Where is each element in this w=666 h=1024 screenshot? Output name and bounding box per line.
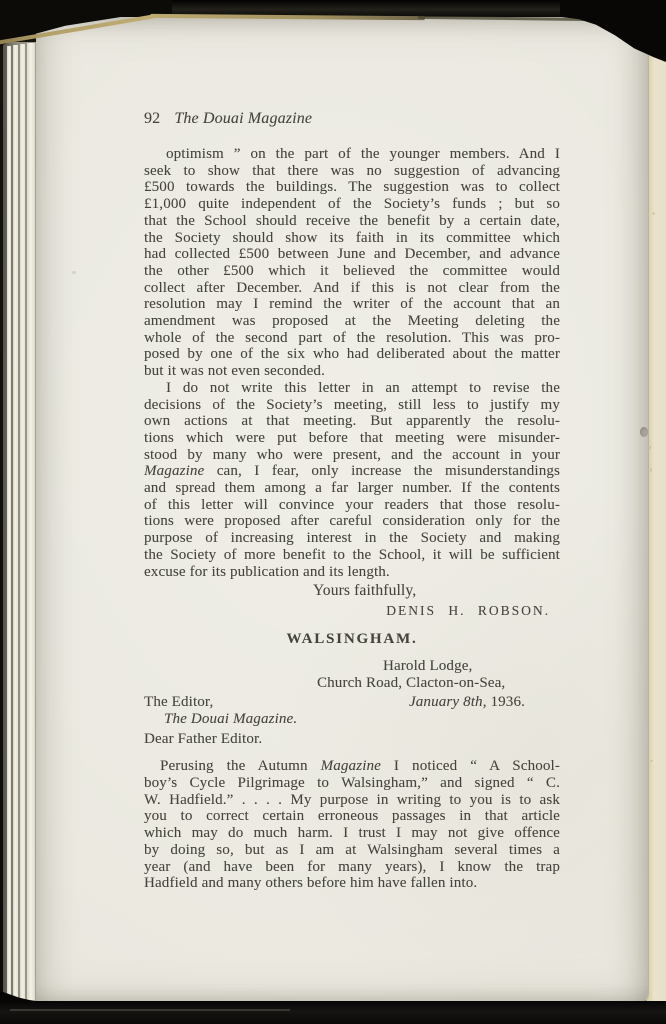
page-edge — [13, 45, 18, 998]
text-line: purpose of increasing interest in the So… — [144, 530, 560, 547]
text-line: excuse for its publication and its lengt… — [144, 564, 560, 581]
letter-paragraph: optimism ” on the part of the younger me… — [144, 146, 560, 380]
sender-address-line: Church Road, Clacton-on-Sea, — [144, 675, 560, 692]
cover-highlight — [10, 1009, 290, 1011]
text-line: amendment was proposed at the Meeting de… — [144, 313, 560, 330]
salutation: Dear Father Editor. — [144, 731, 560, 748]
section-heading: WALSINGHAM. — [144, 631, 560, 648]
paper-blemish — [640, 427, 648, 437]
text-line: of this letter will convince your reader… — [144, 497, 560, 514]
text-line: whole of the second part of the resoluti… — [144, 330, 560, 347]
letter-date: January 8th, 1936. — [409, 694, 560, 711]
book-scan: 92The Douai Magazine optimism ” on the p… — [0, 0, 666, 1024]
text-line: tions were proposed after careful consid… — [144, 513, 560, 530]
text-line: resolution may I remind the writer of th… — [144, 296, 560, 313]
letter-signature: DENIS H. ROBSON. — [144, 603, 560, 620]
text-line: the Society of more benefit to the Schoo… — [144, 547, 560, 564]
paper-blemish — [650, 760, 653, 762]
text-line: own actions at that meeting. But apparen… — [144, 413, 560, 430]
book-cover-bottom-border — [0, 1001, 666, 1024]
recipient: The Editor, — [144, 694, 213, 711]
text-line: which may do much harm. I trust I may no… — [144, 825, 560, 842]
text-line: the Society should show its faith in its… — [144, 230, 560, 247]
text-line: W. Hadfield.” . . . . My purpose in writ… — [144, 792, 560, 809]
text-line: I do not write this letter in an attempt… — [144, 380, 560, 397]
text-line: posed by one of the six who had delibera… — [144, 346, 560, 363]
paper-blemish — [652, 212, 655, 215]
book-page: 92The Douai Magazine optimism ” on the p… — [36, 17, 649, 1003]
text-line: decisions of the Society’s meeting, stil… — [144, 397, 560, 414]
text-line: optimism ” on the part of the younger me… — [144, 146, 560, 163]
letter-paragraph: I do not write this letter in an attempt… — [144, 380, 560, 580]
text-line: the other £500 which it believed the com… — [144, 263, 560, 280]
text-line: you to correct certain erroneous passage… — [144, 808, 560, 825]
text-line: £1,000 quite independent of the Society’… — [144, 196, 560, 213]
sender-address-line: Harold Lodge, — [144, 658, 560, 675]
paper-blemish — [650, 468, 652, 472]
letter-paragraph: Perusing the Autumn Magazine I noticed “… — [144, 758, 560, 892]
text-line: by doing so, but as I am at Walsingham s… — [144, 842, 560, 859]
text-line: but it was not even seconded. — [144, 363, 560, 380]
text-line: that the School should receive the benef… — [144, 213, 560, 230]
text-line: year (and have been for many years), I k… — [144, 859, 560, 876]
text-line: Perusing the Autumn Magazine I noticed “… — [144, 758, 560, 775]
page-edge — [20, 44, 25, 999]
text-line: tions which were put before that meeting… — [144, 430, 560, 447]
text-line: had collected £500 between June and Dece… — [144, 246, 560, 263]
running-title: The Douai Magazine — [174, 110, 312, 127]
letter-closing: Yours faithfully, — [144, 583, 560, 600]
text-line: and spread them among a far larger numbe… — [144, 480, 560, 497]
page-number: 92 — [144, 110, 160, 127]
recipient-date-row: The Editor, January 8th, 1936. — [144, 694, 560, 711]
page-edge — [27, 43, 35, 1000]
page-text: 92The Douai Magazine optimism ” on the p… — [144, 111, 560, 892]
gutter-page-edge — [646, 20, 666, 1005]
paper-blemish — [648, 446, 651, 449]
running-header: 92The Douai Magazine — [144, 111, 560, 128]
text-line: £500 towards the buildings. The suggesti… — [144, 179, 560, 196]
text-line: collect after December. And if this is n… — [144, 280, 560, 297]
recipient-publication: The Douai Magazine. — [144, 711, 560, 728]
text-line: Hadfield and many others before him have… — [144, 875, 560, 892]
paper-blemish — [72, 271, 76, 274]
page-edge — [7, 46, 11, 998]
text-line: seek to show that there was no suggestio… — [144, 163, 560, 180]
text-line: Magazine can, I fear, only increase the … — [144, 463, 560, 480]
text-line: stood by many who were present, and the … — [144, 447, 560, 464]
text-line: boy’s Cycle Pilgrimage to Walsingham,” a… — [144, 775, 560, 792]
